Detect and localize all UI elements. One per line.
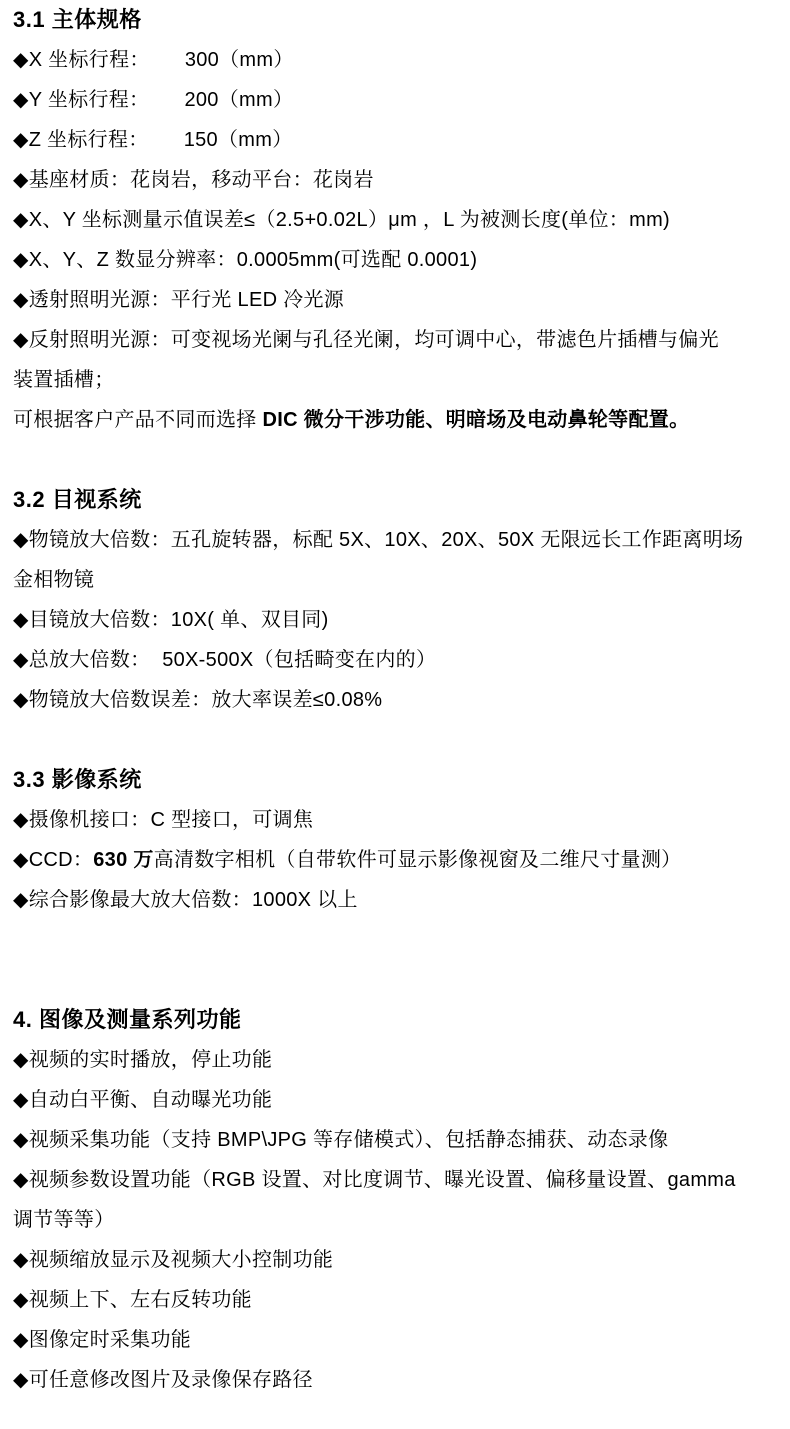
- spec-line: ◆视频的实时播放，停止功能: [13, 1040, 775, 1080]
- line-text: 物镜放大倍数误差：放大率误差≤0.08%: [29, 689, 383, 711]
- diamond-bullet-icon: ◆: [13, 809, 29, 831]
- spec-line: ◆物镜放大倍数误差：放大率误差≤0.08%: [13, 680, 775, 720]
- spec-line: ◆总放大倍数： 50X-500X（包括畸变在内的）: [13, 640, 775, 680]
- text-segment: Z 坐标行程： 150（mm）: [29, 129, 293, 151]
- spec-line: ◆目镜放大倍数：10X( 单、双目同): [13, 600, 775, 640]
- text-segment: CCD：: [29, 849, 94, 871]
- spec-section: 3.1 主体规格 ◆X 坐标行程： 300（mm）◆Y 坐标行程： 200（mm…: [13, 0, 775, 440]
- line-text: X 坐标行程： 300（mm）: [29, 49, 294, 71]
- diamond-bullet-icon: ◆: [13, 169, 29, 191]
- diamond-bullet-icon: ◆: [13, 1369, 29, 1391]
- spec-line: ◆X、Y、Z 数显分辨率：0.0005mm(可选配 0.0001): [13, 240, 775, 280]
- diamond-bullet-icon: ◆: [13, 1129, 29, 1151]
- text-segment: 综合影像最大放大倍数：1000X 以上: [29, 889, 358, 911]
- spec-line: ◆物镜放大倍数：五孔旋转器，标配 5X、10X、20X、50X 无限远长工作距离…: [13, 520, 775, 560]
- text-segment: 视频上下、左右反转功能: [29, 1289, 252, 1311]
- spec-section: 4. 图像及测量系列功能 ◆视频的实时播放，停止功能◆自动白平衡、自动曝光功能◆…: [13, 1000, 775, 1400]
- spec-line: ◆Y 坐标行程： 200（mm）: [13, 80, 775, 120]
- line-text: X、Y 坐标测量示值误差≤（2.5+0.02L）μm ，L 为被测长度(单位：m…: [29, 209, 670, 231]
- text-segment: X、Y 坐标测量示值误差≤（2.5+0.02L）μm ，L 为被测长度(单位：m…: [29, 209, 670, 231]
- line-text: 装置插槽；: [13, 369, 115, 391]
- line-text: Z 坐标行程： 150（mm）: [29, 129, 293, 151]
- section-lines: ◆物镜放大倍数：五孔旋转器，标配 5X、10X、20X、50X 无限远长工作距离…: [13, 520, 775, 720]
- line-text: 视频的实时播放，停止功能: [29, 1049, 273, 1071]
- line-text: 反射照明光源：可变视场光阑与孔径光阑，均可调中心，带滤色片插槽与偏光: [29, 329, 719, 351]
- spec-line: 装置插槽；: [13, 360, 775, 400]
- spec-line: 调节等等）: [13, 1200, 775, 1240]
- text-segment: 视频缩放显示及视频大小控制功能: [29, 1249, 334, 1271]
- diamond-bullet-icon: ◆: [13, 529, 29, 551]
- line-text: 视频缩放显示及视频大小控制功能: [29, 1249, 334, 1271]
- diamond-bullet-icon: ◆: [13, 1169, 29, 1191]
- sections-root: 3.1 主体规格 ◆X 坐标行程： 300（mm）◆Y 坐标行程： 200（mm…: [13, 0, 775, 1400]
- text-segment: X、Y、Z 数显分辨率：0.0005mm(可选配 0.0001): [29, 249, 478, 271]
- spec-line: ◆反射照明光源：可变视场光阑与孔径光阑，均可调中心，带滤色片插槽与偏光: [13, 320, 775, 360]
- spec-line: ◆视频上下、左右反转功能: [13, 1280, 775, 1320]
- text-segment: 总放大倍数： 50X-500X（包括畸变在内的）: [29, 649, 437, 671]
- spec-line: ◆X、Y 坐标测量示值误差≤（2.5+0.02L）μm ，L 为被测长度(单位：…: [13, 200, 775, 240]
- line-text: CCD：630 万高清数字相机（自带软件可显示影像视窗及二维尺寸量测）: [29, 849, 682, 871]
- text-segment: 透射照明光源：平行光 LED 冷光源: [29, 289, 344, 311]
- diamond-bullet-icon: ◆: [13, 49, 29, 71]
- section-lines: ◆X 坐标行程： 300（mm）◆Y 坐标行程： 200（mm）◆Z 坐标行程：…: [13, 40, 775, 440]
- diamond-bullet-icon: ◆: [13, 849, 29, 871]
- text-segment: 视频的实时播放，停止功能: [29, 1049, 273, 1071]
- diamond-bullet-icon: ◆: [13, 209, 29, 231]
- line-text: 摄像机接口：C 型接口，可调焦: [29, 809, 314, 831]
- spec-line: ◆摄像机接口：C 型接口，可调焦: [13, 800, 775, 840]
- line-text: 视频采集功能（支持 BMP\JPG 等存储模式）、包括静态捕获、动态录像: [29, 1129, 669, 1151]
- diamond-bullet-icon: ◆: [13, 889, 29, 911]
- line-text: 金相物镜: [13, 569, 94, 591]
- spec-line: ◆基座材质：花岗岩，移动平台：花岗岩: [13, 160, 775, 200]
- text-segment: 可根据客户产品不同而选择: [13, 409, 262, 431]
- text-segment: 摄像机接口：C 型接口，可调焦: [29, 809, 314, 831]
- line-text: 总放大倍数： 50X-500X（包括畸变在内的）: [29, 649, 437, 671]
- diamond-bullet-icon: ◆: [13, 1289, 29, 1311]
- text-segment: 反射照明光源：可变视场光阑与孔径光阑，均可调中心，带滤色片插槽与偏光: [29, 329, 719, 351]
- section-lines: ◆视频的实时播放，停止功能◆自动白平衡、自动曝光功能◆视频采集功能（支持 BMP…: [13, 1040, 775, 1400]
- spec-line: ◆自动白平衡、自动曝光功能: [13, 1080, 775, 1120]
- spec-line: ◆透射照明光源：平行光 LED 冷光源: [13, 280, 775, 320]
- text-segment: 目镜放大倍数：10X( 单、双目同): [29, 609, 329, 631]
- diamond-bullet-icon: ◆: [13, 129, 29, 151]
- text-segment: 基座材质：花岗岩，移动平台：花岗岩: [29, 169, 374, 191]
- text-segment: 视频采集功能（支持 BMP\JPG 等存储模式）、包括静态捕获、动态录像: [29, 1129, 669, 1151]
- section-heading: 3.2 目视系统: [13, 480, 775, 520]
- line-text: 图像定时采集功能: [29, 1329, 191, 1351]
- diamond-bullet-icon: ◆: [13, 249, 29, 271]
- diamond-bullet-icon: ◆: [13, 289, 29, 311]
- section-heading: 3.3 影像系统: [13, 760, 775, 800]
- diamond-bullet-icon: ◆: [13, 89, 29, 111]
- spec-line: ◆视频采集功能（支持 BMP\JPG 等存储模式）、包括静态捕获、动态录像: [13, 1120, 775, 1160]
- text-segment: 自动白平衡、自动曝光功能: [29, 1089, 273, 1111]
- spec-line: ◆图像定时采集功能: [13, 1320, 775, 1360]
- spec-line: ◆综合影像最大放大倍数：1000X 以上: [13, 880, 775, 920]
- diamond-bullet-icon: ◆: [13, 1249, 29, 1271]
- spec-line: ◆Z 坐标行程： 150（mm）: [13, 120, 775, 160]
- line-text: 基座材质：花岗岩，移动平台：花岗岩: [29, 169, 374, 191]
- text-segment: 高清数字相机（自带软件可显示影像视窗及二维尺寸量测）: [154, 849, 682, 871]
- text-segment: 物镜放大倍数：五孔旋转器，标配 5X、10X、20X、50X 无限远长工作距离明…: [29, 529, 744, 551]
- line-text: Y 坐标行程： 200（mm）: [29, 89, 294, 111]
- text-segment: 金相物镜: [13, 569, 94, 591]
- section-lines: ◆摄像机接口：C 型接口，可调焦◆CCD：630 万高清数字相机（自带软件可显示…: [13, 800, 775, 920]
- text-segment: 视频参数设置功能（RGB 设置、对比度调节、曝光设置、偏移量设置、gamma: [29, 1169, 736, 1191]
- spec-line: ◆可任意修改图片及录像保存路径: [13, 1360, 775, 1400]
- line-text: 视频参数设置功能（RGB 设置、对比度调节、曝光设置、偏移量设置、gamma: [29, 1169, 736, 1191]
- line-text: 综合影像最大放大倍数：1000X 以上: [29, 889, 358, 911]
- line-text: 视频上下、左右反转功能: [29, 1289, 252, 1311]
- bold-text-segment: DIC 微分干涉功能、明暗场及电动鼻轮等配置。: [262, 409, 689, 431]
- bold-text-segment: 630 万: [93, 849, 153, 871]
- spec-section: 3.2 目视系统 ◆物镜放大倍数：五孔旋转器，标配 5X、10X、20X、50X…: [13, 480, 775, 720]
- spec-section: 3.3 影像系统 ◆摄像机接口：C 型接口，可调焦◆CCD：630 万高清数字相…: [13, 760, 775, 920]
- diamond-bullet-icon: ◆: [13, 609, 29, 631]
- diamond-bullet-icon: ◆: [13, 649, 29, 671]
- spec-line: ◆视频参数设置功能（RGB 设置、对比度调节、曝光设置、偏移量设置、gamma: [13, 1160, 775, 1200]
- line-text: 目镜放大倍数：10X( 单、双目同): [29, 609, 329, 631]
- line-text: 自动白平衡、自动曝光功能: [29, 1089, 273, 1111]
- diamond-bullet-icon: ◆: [13, 1049, 29, 1071]
- line-text: 可根据客户产品不同而选择 DIC 微分干涉功能、明暗场及电动鼻轮等配置。: [13, 409, 689, 431]
- text-segment: 图像定时采集功能: [29, 1329, 191, 1351]
- spec-document: 3.1 主体规格 ◆X 坐标行程： 300（mm）◆Y 坐标行程： 200（mm…: [0, 0, 790, 1400]
- diamond-bullet-icon: ◆: [13, 329, 29, 351]
- diamond-bullet-icon: ◆: [13, 689, 29, 711]
- line-text: 调节等等）: [13, 1209, 115, 1231]
- spec-line: 可根据客户产品不同而选择 DIC 微分干涉功能、明暗场及电动鼻轮等配置。: [13, 400, 775, 440]
- spec-line: ◆X 坐标行程： 300（mm）: [13, 40, 775, 80]
- diamond-bullet-icon: ◆: [13, 1089, 29, 1111]
- section-heading: 4. 图像及测量系列功能: [13, 1000, 775, 1040]
- spec-line: ◆视频缩放显示及视频大小控制功能: [13, 1240, 775, 1280]
- text-segment: Y 坐标行程： 200（mm）: [29, 89, 294, 111]
- line-text: 可任意修改图片及录像保存路径: [29, 1369, 313, 1391]
- line-text: X、Y、Z 数显分辨率：0.0005mm(可选配 0.0001): [29, 249, 478, 271]
- diamond-bullet-icon: ◆: [13, 1329, 29, 1351]
- text-segment: 调节等等）: [13, 1209, 115, 1231]
- line-text: 透射照明光源：平行光 LED 冷光源: [29, 289, 344, 311]
- text-segment: 可任意修改图片及录像保存路径: [29, 1369, 313, 1391]
- spec-line: 金相物镜: [13, 560, 775, 600]
- line-text: 物镜放大倍数：五孔旋转器，标配 5X、10X、20X、50X 无限远长工作距离明…: [29, 529, 744, 551]
- text-segment: 物镜放大倍数误差：放大率误差≤0.08%: [29, 689, 383, 711]
- spec-line: ◆CCD：630 万高清数字相机（自带软件可显示影像视窗及二维尺寸量测）: [13, 840, 775, 880]
- section-heading: 3.1 主体规格: [13, 0, 775, 40]
- text-segment: X 坐标行程： 300（mm）: [29, 49, 294, 71]
- text-segment: 装置插槽；: [13, 369, 115, 391]
